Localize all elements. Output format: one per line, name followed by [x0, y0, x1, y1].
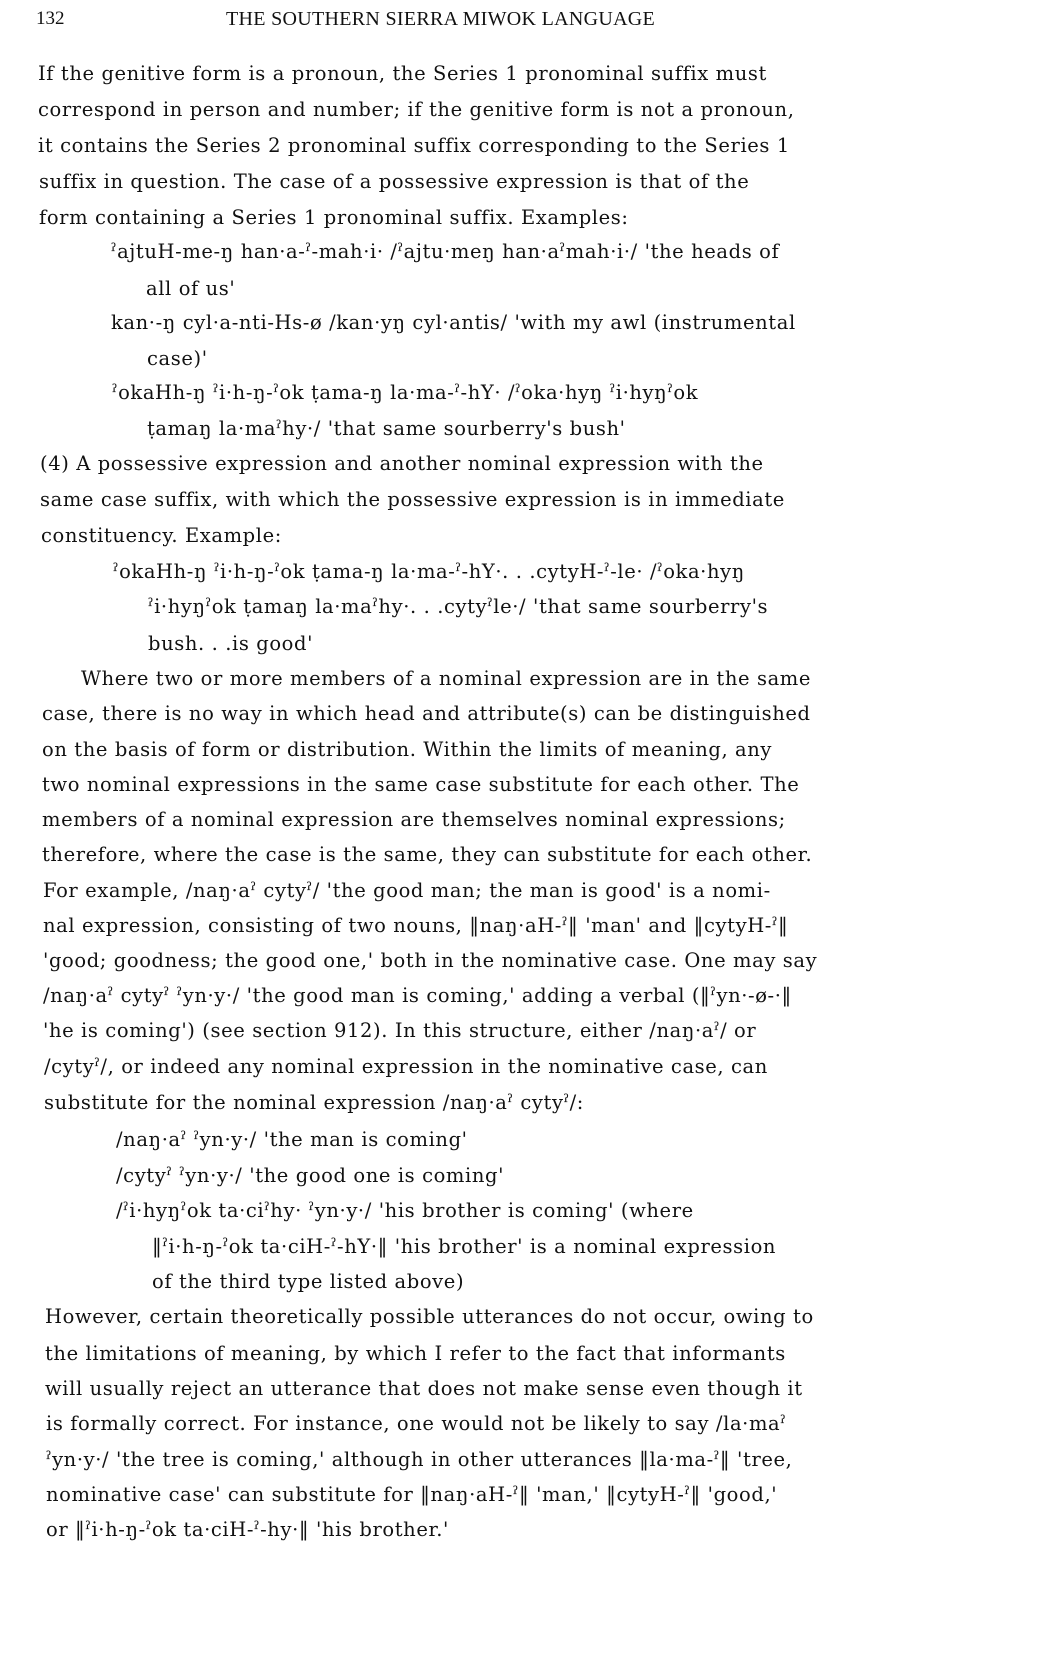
text-line: /naŋ·aˀ cytyˀ ˀyn·y·/ 'the good man is c…	[43, 984, 792, 1007]
text-line: correspond in person and number; if the …	[38, 98, 795, 121]
text-line: For example, /naŋ·aˀ cytyˀ/ 'the good ma…	[43, 879, 771, 902]
text-line: ˀi·hyŋˀok ṭamaŋ la·maˀhy·. . .cytyˀle·/ …	[148, 595, 768, 618]
text-line: ˀyn·y·/ 'the tree is coming,' although i…	[46, 1448, 792, 1471]
text-line: the limitations of meaning, by which I r…	[45, 1342, 786, 1365]
text-line: Where two or more members of a nominal e…	[81, 667, 811, 690]
text-line: form containing a Series 1 pronominal su…	[39, 206, 629, 229]
text-line: 'good; goodness; the good one,' both in …	[43, 949, 817, 972]
text-line: or ‖ˀi·h-ŋ-ˀok ta·ciH-ˀ-hy·‖ 'his brothe…	[46, 1518, 449, 1541]
text-line: kan·-ŋ cyl·a-nti-Hs-ø /kan·yŋ cyl·antis/…	[111, 311, 796, 334]
text-line: ˀokaHh-ŋ ˀi·h-ŋ-ˀok ṭama-ŋ la·ma-ˀ-hY·. …	[113, 560, 745, 583]
text-line: is formally correct. For instance, one w…	[46, 1412, 786, 1435]
text-line: ˀokaHh-ŋ ˀi·h-ŋ-ˀok ṭama-ŋ la·ma-ˀ-hY· /…	[112, 381, 698, 404]
text-line: bush. . .is good'	[148, 632, 313, 655]
text-line: However, certain theoretically possible …	[45, 1305, 814, 1328]
text-line: /naŋ·aˀ ˀyn·y·/ 'the man is coming'	[116, 1128, 468, 1151]
text-line: nominative case' can substitute for ‖naŋ…	[46, 1483, 777, 1506]
text-line: ‖ˀi·h-ŋ-ˀok ta·ciH-ˀ-hY·‖ 'his brother' …	[152, 1235, 776, 1258]
text-line: substitute for the nominal expression /n…	[44, 1091, 584, 1114]
text-line: two nominal expressions in the same case…	[42, 773, 799, 796]
text-line: on the basis of form or distribution. Wi…	[42, 738, 772, 761]
text-line: case)'	[147, 347, 208, 370]
text-line: members of a nominal expression are them…	[42, 808, 786, 831]
text-line: of the third type listed above)	[152, 1270, 464, 1293]
text-line: /ˀi·hyŋˀok ta·ciˀhy· ˀyn·y·/ 'his brothe…	[116, 1199, 694, 1222]
text-line: nal expression, consisting of two nouns,…	[43, 914, 788, 937]
text-line: suffix in question. The case of a posses…	[39, 170, 749, 193]
text-line: /cytyˀ ˀyn·y·/ 'the good one is coming'	[116, 1164, 504, 1187]
running-title: THE SOUTHERN SIERRA MIWOK LANGUAGE	[226, 8, 655, 31]
text-line: therefore, where the case is the same, t…	[42, 843, 812, 866]
text-line: it contains the Series 2 pronominal suff…	[38, 134, 790, 157]
text-line: 'he is coming') (see section 912). In th…	[43, 1019, 756, 1042]
text-line: all of us'	[146, 277, 235, 300]
text-line: case, there is no way in which head and …	[42, 702, 811, 725]
text-line: ṭamaŋ la·maˀhy·/ 'that same sourberry's …	[147, 417, 626, 440]
text-line: /cytyˀ/, or indeed any nominal expressio…	[44, 1055, 768, 1078]
text-line: same case suffix, with which the possess…	[40, 488, 785, 511]
text-line: ˀajtuH-me-ŋ han·a-ˀ-mah·i· /ˀajtu·meŋ ha…	[111, 240, 779, 263]
page-number: 132	[36, 8, 65, 30]
text-line: (4) A possessive expression and another …	[40, 452, 764, 475]
text-line: If the genitive form is a pronoun, the S…	[38, 62, 767, 85]
text-line: will usually reject an utterance that do…	[45, 1377, 803, 1400]
text-line: constituency. Example:	[41, 524, 282, 547]
page-header: 132 THE SOUTHERN SIERRA MIWOK LANGUAGE	[36, 8, 996, 36]
